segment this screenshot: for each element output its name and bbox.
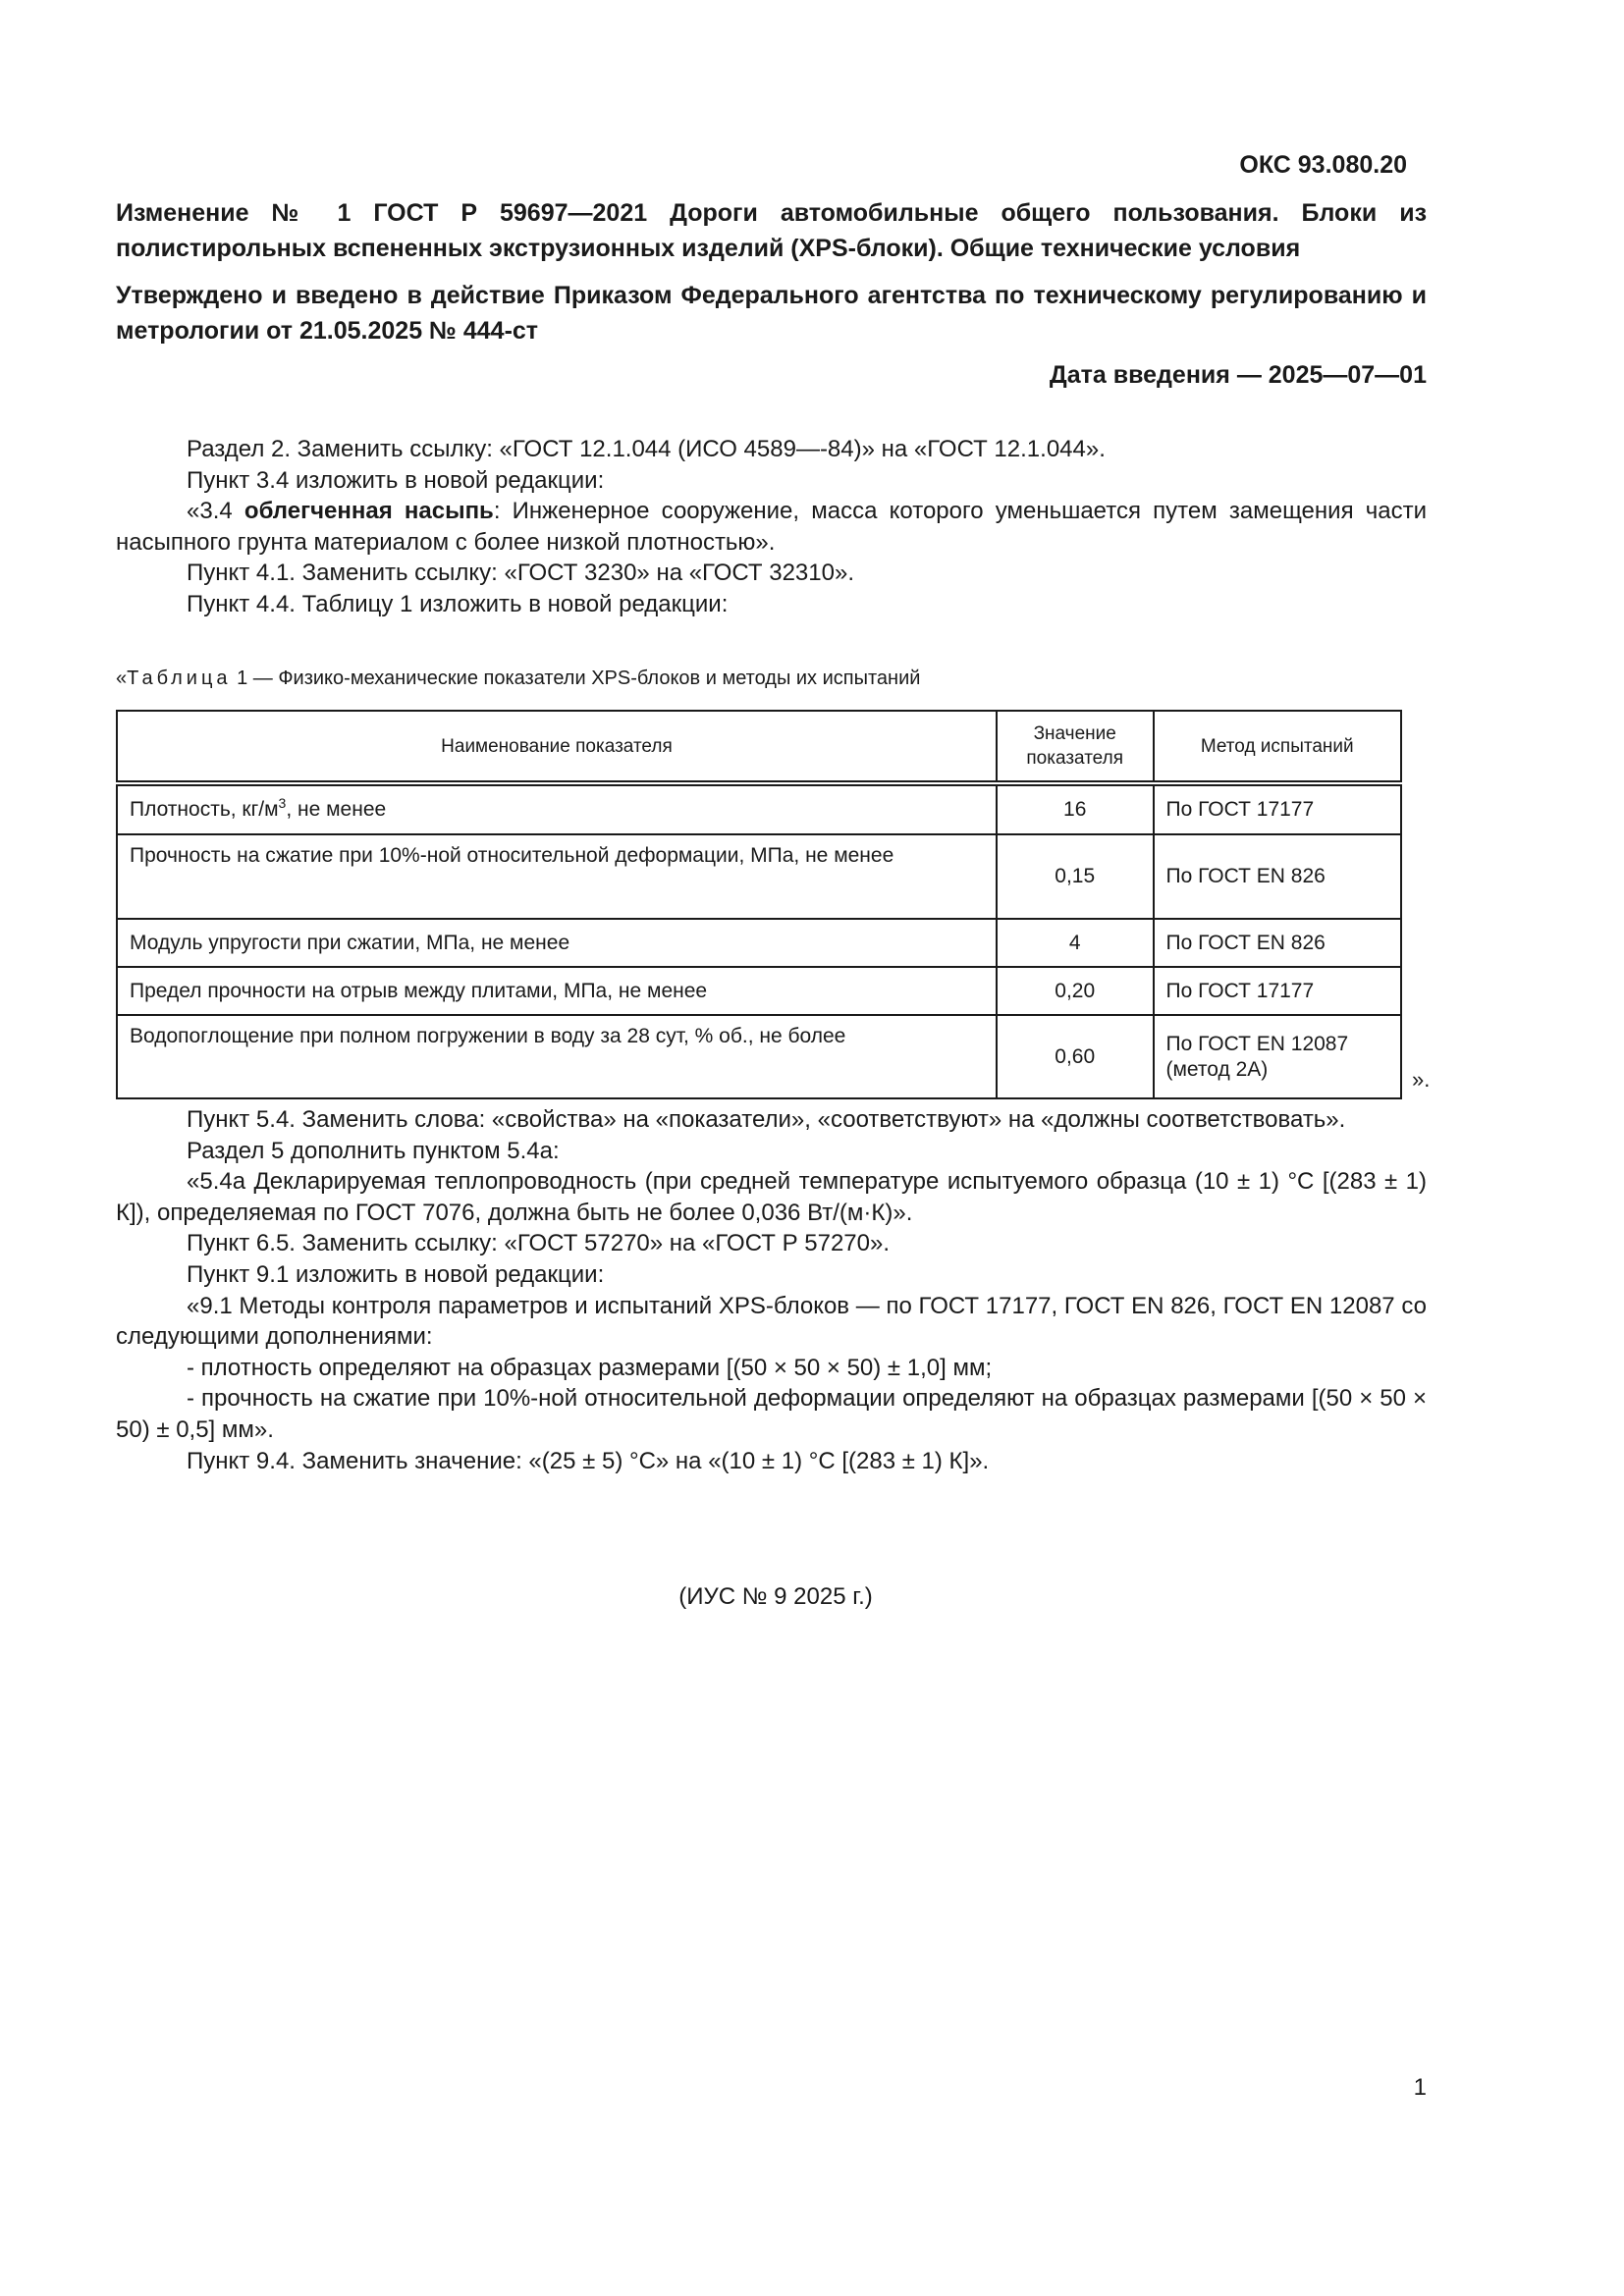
amendment-list-item: - прочность на сжатие при 10%-ной относи… [116, 1383, 1427, 1445]
caption-text: 1 — Физико-механические показатели XPS-б… [232, 667, 921, 689]
properties-table: Наименование показателя Значение показат… [116, 710, 1402, 1099]
test-method: По ГОСТ EN 12087 (метод 2А) [1154, 1015, 1402, 1098]
amendment-paragraph: Пункт 9.1 изложить в новой редакции: [116, 1259, 1427, 1291]
caption-label: Таблица [127, 667, 231, 689]
table-row: Предел прочности на отрыв между плитами,… [117, 967, 1401, 1015]
indicator-value: 0,15 [997, 834, 1154, 919]
amendment-paragraph: Раздел 5 дополнить пунктом 5.4а: [116, 1136, 1427, 1167]
table-row: Водопоглощение при полном погружении в в… [117, 1015, 1401, 1098]
test-method: По ГОСТ 17177 [1154, 783, 1402, 834]
amendment-list-item: - плотность определяют на образцах разме… [116, 1353, 1427, 1384]
defined-term: облегченная насыпь [244, 498, 494, 524]
page-number: 1 [1414, 2073, 1427, 2103]
indicator-name: Предел прочности на отрыв между плитами,… [117, 967, 997, 1015]
test-method: По ГОСТ 17177 [1154, 967, 1402, 1015]
table-caption: «Таблица 1 — Физико-механические показат… [116, 666, 920, 691]
indicator-name: Плотность, кг/м3, не менее [117, 783, 997, 834]
amendment-paragraph: «5.4а Декларируемая теплопроводность (пр… [116, 1166, 1427, 1228]
amendment-paragraph: Пункт 4.4. Таблицу 1 изложить в новой ре… [116, 589, 1427, 620]
indicator-name: Прочность на сжатие при 10%-ной относите… [117, 834, 997, 919]
oks-code: ОКС 93.080.20 [1239, 149, 1407, 181]
table-row: Модуль упругости при сжатии, МПа, не мен… [117, 919, 1401, 967]
approval-statement: Утверждено и введено в действие Приказом… [116, 278, 1427, 348]
indicator-value: 4 [997, 919, 1154, 967]
amendments-after-table: Пункт 5.4. Заменить слова: «свойства» на… [116, 1104, 1427, 1476]
amendment-paragraph: Пункт 4.1. Заменить ссылку: «ГОСТ 3230» … [116, 558, 1427, 589]
term-definition-paragraph: «3.4 облегченная насыпь: Инженерное соор… [116, 496, 1427, 558]
indicator-name: Модуль упругости при сжатии, МПа, не мен… [117, 919, 997, 967]
test-method: По ГОСТ EN 826 [1154, 834, 1402, 919]
indicator-name: Водопоглощение при полном погружении в в… [117, 1015, 997, 1098]
header-test-method: Метод испытаний [1154, 711, 1402, 783]
amendment-paragraph: Пункт 5.4. Заменить слова: «свойства» на… [116, 1104, 1427, 1136]
document-title: Изменение № 1 ГОСТ Р 59697—2021 Дороги а… [116, 195, 1427, 266]
header-indicator-name: Наименование показателя [117, 711, 997, 783]
table-row: Прочность на сжатие при 10%-ной относите… [117, 834, 1401, 919]
table-header-row: Наименование показателя Значение показат… [117, 711, 1401, 783]
indicator-value: 16 [997, 783, 1154, 834]
table-row: Плотность, кг/м3, не менее 16 По ГОСТ 17… [117, 783, 1401, 834]
test-method: По ГОСТ EN 826 [1154, 919, 1402, 967]
amendment-paragraph: Пункт 6.5. Заменить ссылку: «ГОСТ 57270»… [116, 1228, 1427, 1259]
indicator-name-text: Плотность, кг/м [130, 798, 279, 821]
caption-open-quote: « [116, 667, 127, 689]
introduction-date: Дата введения — 2025—07—01 [1050, 359, 1427, 391]
header-indicator-value: Значение показателя [997, 711, 1154, 783]
ius-reference: (ИУС № 9 2025 г.) [0, 1582, 1551, 1612]
amendment-paragraph: Пункт 3.4 изложить в новой редакции: [116, 465, 1427, 497]
term-prefix: «3.4 [187, 498, 244, 524]
amendment-paragraph: Пункт 9.4. Заменить значение: «(25 ± 5) … [116, 1446, 1427, 1477]
table-closing-quote: ». [1412, 1067, 1430, 1093]
amendment-paragraph: «9.1 Методы контроля параметров и испыта… [116, 1291, 1427, 1353]
indicator-value: 0,20 [997, 967, 1154, 1015]
indicator-value: 0,60 [997, 1015, 1154, 1098]
amendments-before-table: Раздел 2. Заменить ссылку: «ГОСТ 12.1.04… [116, 434, 1427, 620]
indicator-name-suffix: , не менее [286, 798, 386, 821]
amendment-paragraph: Раздел 2. Заменить ссылку: «ГОСТ 12.1.04… [116, 434, 1427, 465]
